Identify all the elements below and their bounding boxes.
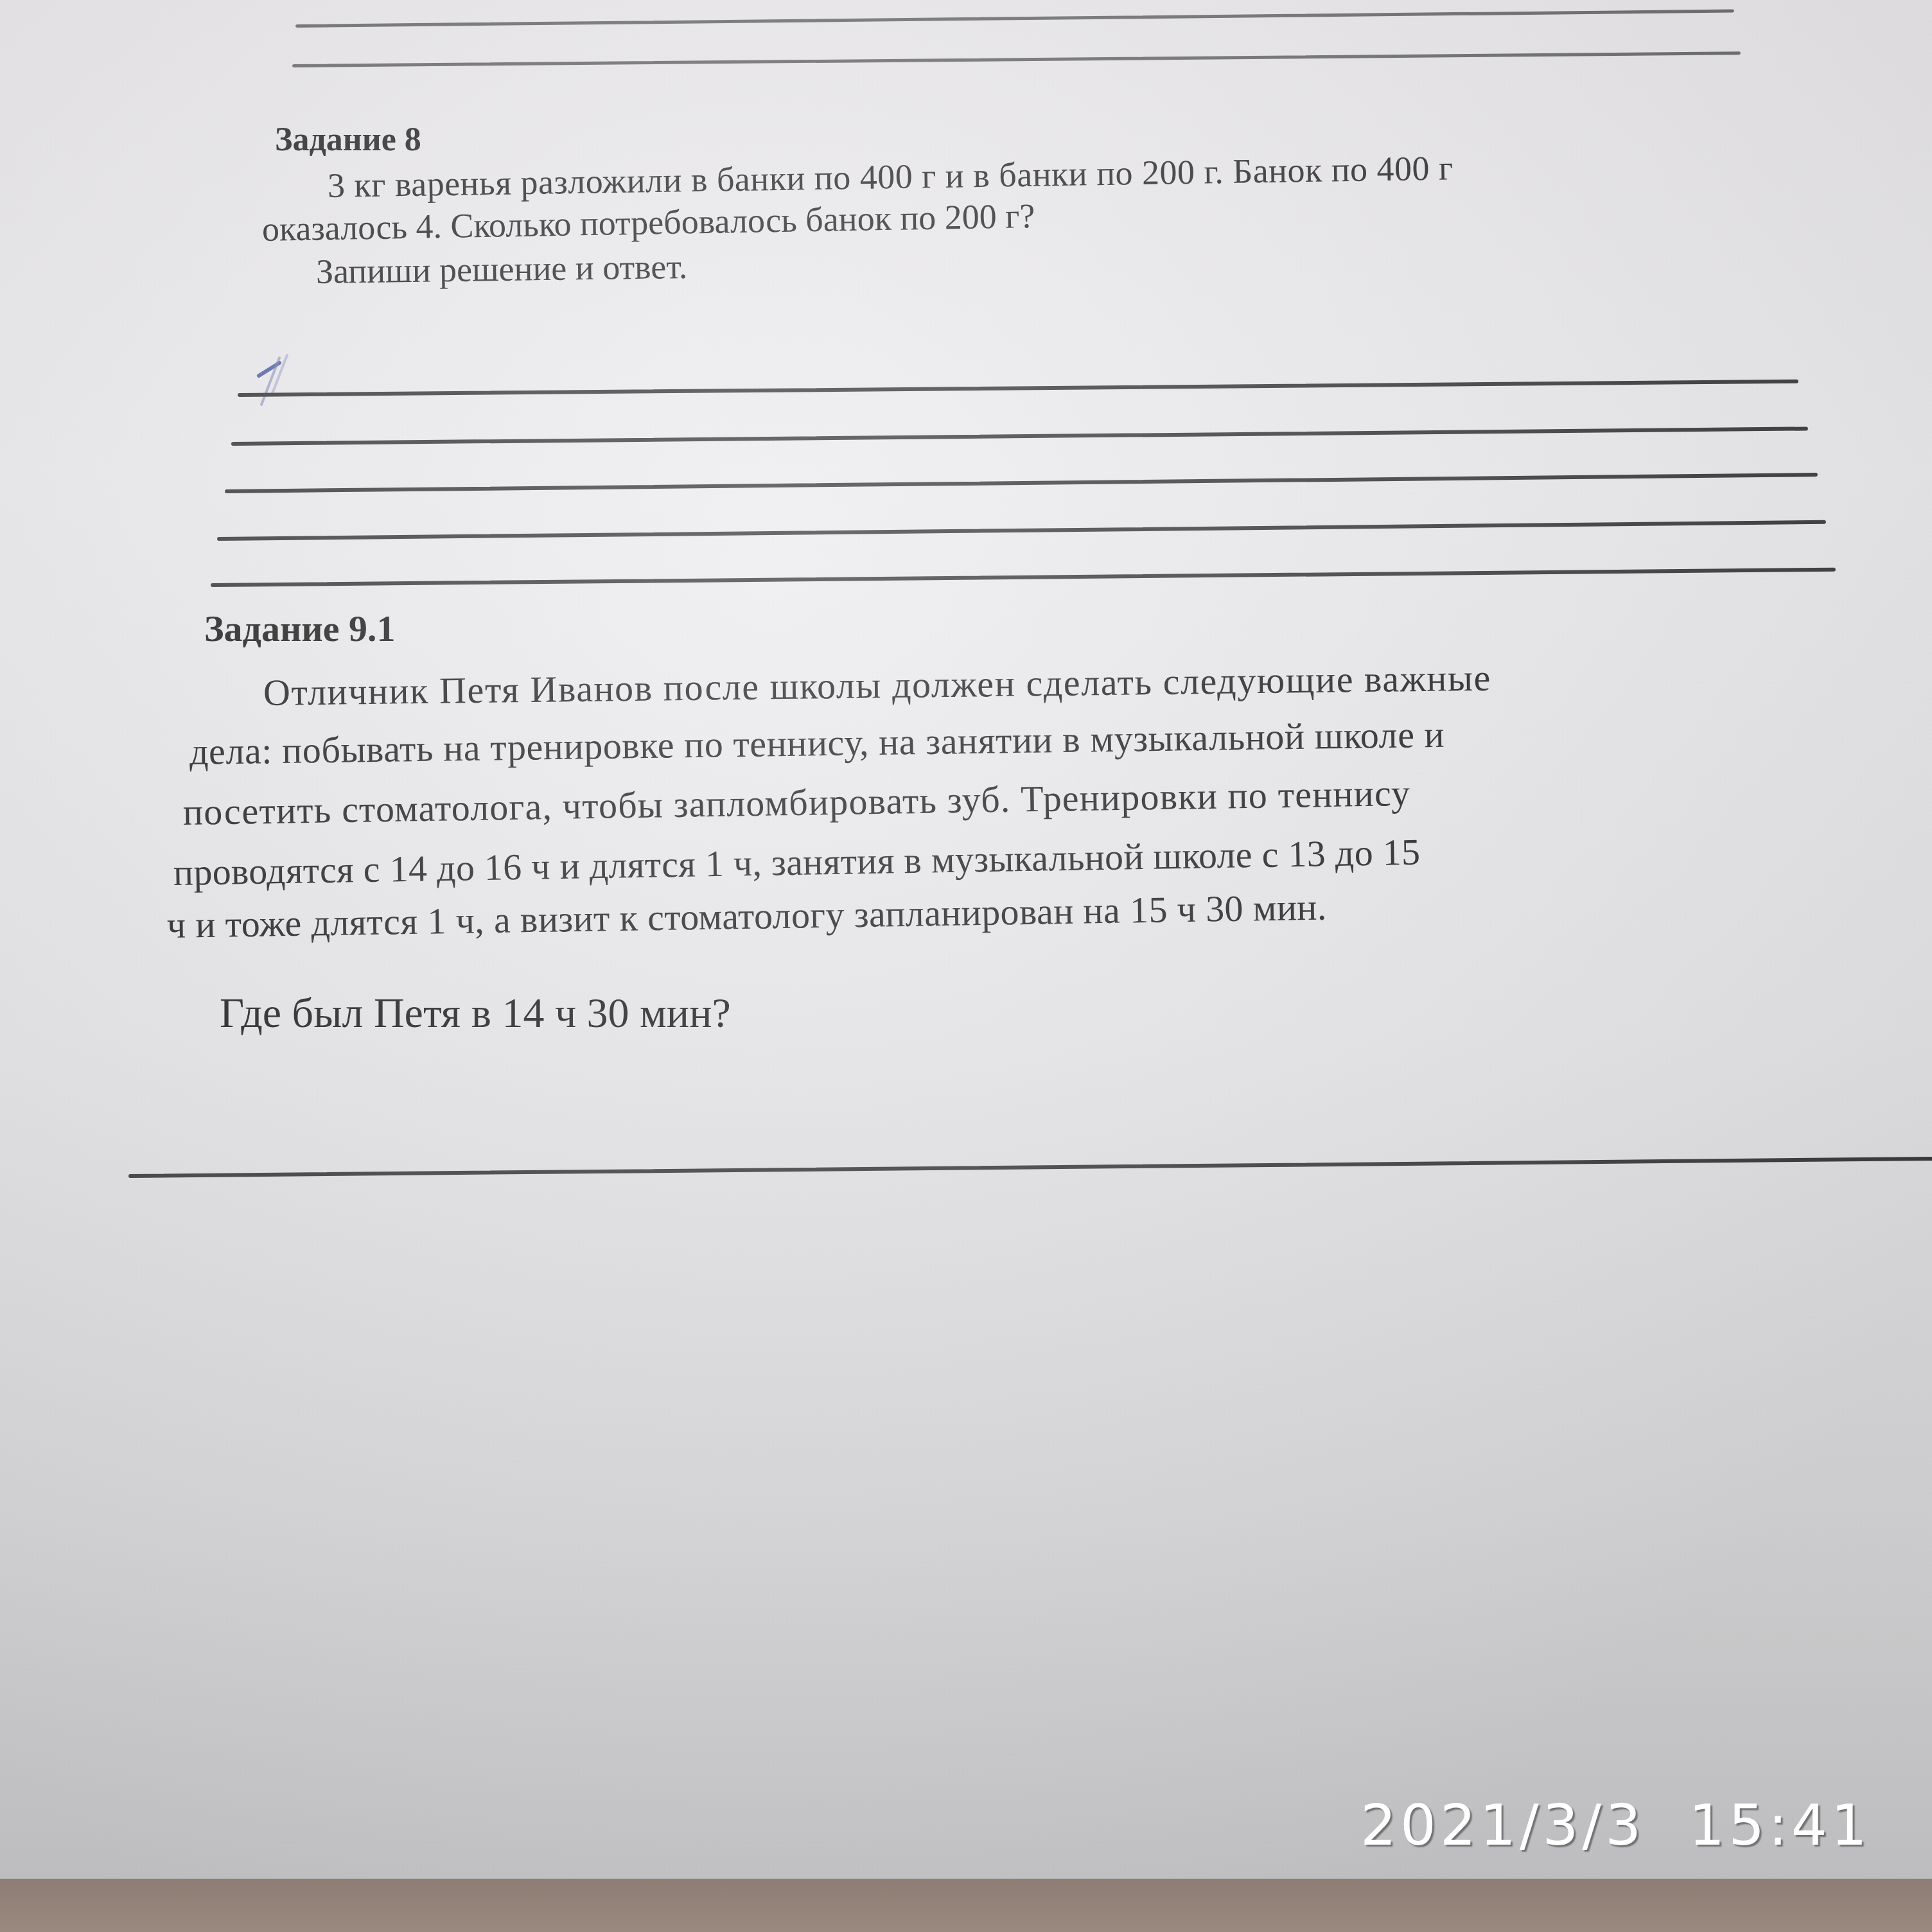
task8-heading: Задание 8 (275, 121, 421, 159)
answer-line (295, 10, 1734, 28)
task9-line-3: посетить стоматолога, чтобы запломбирова… (183, 775, 1411, 831)
worksheet-paper: Задание 8 3 кг варенья разложили в банки… (0, 0, 1932, 1885)
answer-line (292, 51, 1741, 67)
task9-line-1: Отличник Петя Иванов после школы должен … (263, 660, 1492, 712)
task8-instruction: Запиши решение и ответ. (316, 249, 688, 289)
answer-line (211, 568, 1836, 587)
answer-line (231, 426, 1808, 446)
table-surface (0, 1879, 1932, 1932)
answer-line (225, 473, 1818, 493)
task9-line-5: ч и тоже длятся 1 ч, а визит к стоматоло… (167, 889, 1328, 944)
handwritten-mark-icon (254, 350, 305, 414)
task9-question: Где был Петя в 14 ч 30 мин? (220, 989, 731, 1038)
task9-heading: Задание 9.1 (204, 607, 396, 650)
answer-line (217, 520, 1826, 541)
camera-timestamp: 2021/3/3 15:41 (1360, 1792, 1871, 1858)
answer-line (128, 1157, 1932, 1178)
task8-line-2: оказалось 4. Сколько потребовалось банок… (262, 198, 1035, 247)
task8-line-1: 3 кг варенья разложили в банки по 400 г … (328, 150, 1454, 203)
answer-line (238, 380, 1798, 397)
task9-line-2: дела: побывать на тренировке по теннису,… (189, 716, 1445, 771)
task9-line-4: проводятся с 14 до 16 ч и длятся 1 ч, за… (173, 834, 1421, 891)
